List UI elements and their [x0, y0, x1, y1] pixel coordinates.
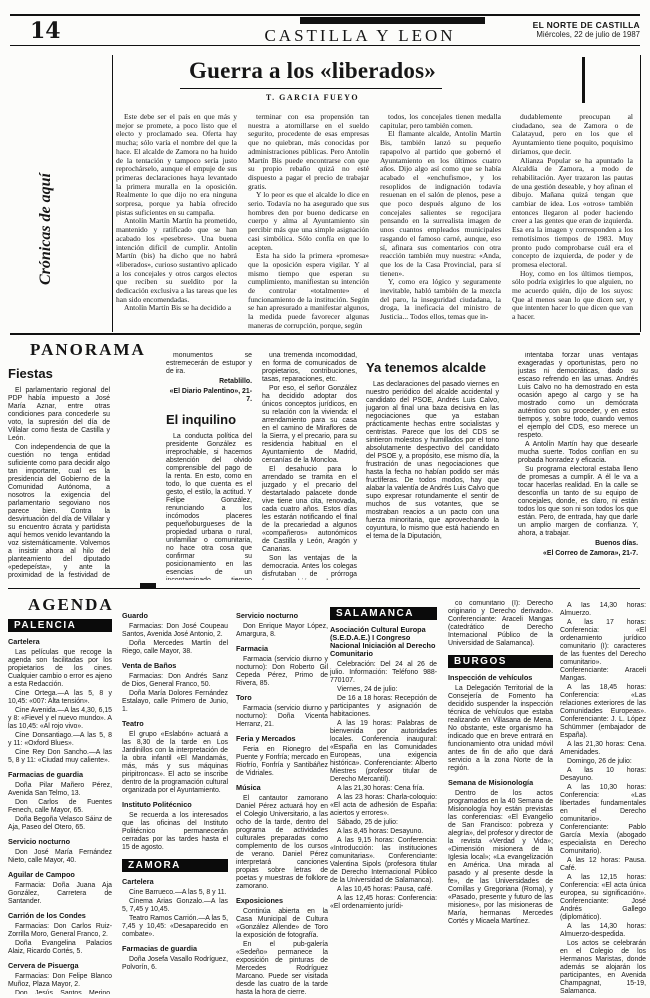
agenda-heading: Cervera de Pisuerga — [8, 962, 112, 970]
agenda-heading: Venta de Baños — [122, 662, 228, 670]
paragraph: A las 17 horas: Conferencia: «El ordenam… — [560, 619, 646, 683]
paragraph: A las 9,15 horas: Conferencia: «Introduc… — [330, 837, 437, 885]
paragraph: A las 10,30 horas: Conferencia: «Las lib… — [560, 784, 646, 856]
paragraph: Y lo peor es que el alcalde lo dice en s… — [248, 191, 369, 252]
agenda-heading: Servicio nocturno — [8, 838, 112, 846]
panorama-heading: Ya tenemos alcalde — [366, 361, 499, 375]
agenda-heading: Farmacias de guardia — [122, 945, 228, 953]
agenda-heading: Toro — [236, 694, 328, 702]
section-title-bar — [300, 17, 485, 24]
paragraph: Doña Evangelina Palacios Alaiz, Ricardo … — [8, 940, 112, 956]
paragraph: Se recuerda a los interesados que las of… — [122, 812, 228, 852]
agenda-heading: Feria y Mercados — [236, 735, 328, 743]
paragraph: El flamante alcalde, Antolín Martín Bis,… — [380, 130, 501, 278]
paragraph: A las 23 horas: Charla-coloquio: «El act… — [330, 794, 437, 818]
agenda-heading: Farmacia — [236, 645, 328, 653]
paragraph: A las 14,30 horas: Almuerzo-despedida. — [560, 923, 646, 939]
paragraph: Doña Begoña Velasco Sáinz de Aja, Paseo … — [8, 816, 112, 832]
article-column-3: todos, los concejales tienen medalla cap… — [380, 113, 501, 333]
paragraph: Farmacias: Don José Coupeau Santos, Aven… — [122, 623, 228, 639]
attribution: «El Correo de Zamora», 21-7. — [518, 550, 638, 558]
header-bottom-rule — [10, 45, 640, 46]
paragraph: Celebración: Del 24 al 26 de julio. Info… — [330, 661, 437, 685]
paragraph: El desahucio para lo arrendado se tramit… — [262, 466, 357, 554]
paragraph: Alianza Popular se ha apuntado la Alcald… — [512, 157, 633, 270]
panorama-column-4: Ya tenemos alcaldeLas declaraciones del … — [366, 352, 499, 580]
agenda-column-salamanca: SALAMANCAAsociación Cultural Europa (S.E… — [330, 600, 437, 994]
paragraph: Los actos se celebrarán en el Colegio de… — [560, 940, 646, 994]
agenda-heading: Instituto Politécnico — [122, 801, 228, 809]
paragraph: Cine Barrueco.—A las 5, 8 y 11. — [122, 889, 228, 897]
paragraph: A las 12,15 horas: Conferencia: «El acta… — [560, 874, 646, 922]
paragraph: Feria en Rionegro del Puente y Fonfría; … — [236, 746, 328, 778]
paragraph: A las 12 horas: Pausa. Café. — [560, 857, 646, 873]
agenda-heading: Carrión de los Condes — [8, 912, 112, 920]
paragraph: En el pub-galería «Sedeño» permanece la … — [236, 941, 328, 994]
panorama-column-3: una tremenda incomodidad, en forma de co… — [262, 352, 357, 580]
paragraph: Cine Ortega.—A las 5, 8 y 10,45: «007: A… — [8, 690, 112, 706]
paragraph: Su programa electoral estaba lleno de pr… — [518, 466, 638, 538]
paragraph: Dentro de los actos programados en la 40… — [448, 790, 553, 926]
article-left-rule — [112, 55, 113, 332]
paragraph: A las 10 horas: Desayuno. — [560, 767, 646, 783]
agenda-heading: Aguilar de Campoo — [8, 871, 112, 879]
attribution: «El Diario Palentino», 21-7. — [166, 388, 252, 404]
paragraph: monumentos se estremecerán de estupor y … — [166, 352, 252, 376]
paragraph: El grupo «Eslabón» actuará a las 8,30 de… — [122, 731, 228, 795]
paragraph: una tremenda incomodidad, en forma de co… — [262, 352, 357, 384]
article-column-1: Este debe ser el país en que más y mejor… — [116, 113, 237, 333]
paragraph: Por eso, el señor González ha decidido a… — [262, 385, 357, 465]
paragraph: Farmacia: Doña Juana Aja González, Carre… — [8, 882, 112, 906]
paragraph: A las 10,45 horas: Pausa, café. — [330, 886, 437, 894]
paragraph: Doña Josefa Vasallo Rodríguez, Polvorín,… — [122, 956, 228, 972]
paragraph: A las 8,45 horas: Desayuno. — [330, 828, 437, 836]
agenda-heading: Semana de Misionología — [448, 779, 553, 787]
region-header: ZAMORA — [122, 859, 228, 872]
paragraph: La Delegación Territorial de la Consejer… — [448, 685, 553, 773]
agenda-heading: Música — [236, 784, 328, 792]
attribution: Retablillo. — [166, 378, 252, 386]
newspaper-page: { "page": { "number": "14", "section_tit… — [0, 0, 650, 998]
panorama-column-5: intentaba forzar unas ventajas exagerada… — [518, 352, 638, 580]
paragraph: A las 18,45 horas: Conferencia: «Las rel… — [560, 684, 646, 740]
panorama-heading: Fiestas — [8, 367, 110, 381]
article-column-2: terminar con esa propensión tan nuestra … — [248, 113, 369, 333]
region-header: SALAMANCA — [330, 607, 437, 620]
agenda-heading: Inspección de vehículos — [448, 674, 553, 682]
paragraph: A Antolín Martín hay que desearle mucha … — [518, 441, 638, 465]
paragraph: Son las ventajas de la democracia. Antes… — [262, 555, 357, 580]
paragraph: Don Jesús Santos Merino, Plaza Mayor, 1. — [8, 990, 112, 995]
article-column-4: dudablemente preocupan al ciudadano, sea… — [512, 113, 633, 333]
paragraph: A las 14,30 horas: Almuerzo. — [560, 602, 646, 618]
agenda-column-burgos: co comunitario (I): Derecho originario y… — [448, 600, 553, 994]
agenda-column-6: A las 14,30 horas: Almuerzo.A las 17 hor… — [560, 602, 646, 994]
agenda-divider — [8, 588, 640, 589]
paragraph: Teatro Ramos Carrión.—A las 5, 7,45 y 10… — [122, 915, 228, 939]
paragraph: Sábado, 25 de julio: — [330, 819, 437, 827]
article-kicker: Crónicas de aquí — [32, 123, 60, 335]
page-number: 14 — [30, 20, 61, 42]
agenda-heading: Farmacias de guardia — [8, 771, 112, 779]
paragraph: Y, como era lógico y seguramente inevita… — [380, 278, 501, 322]
paragraph: Cinema Arias Gonzalo.—A las 5, 7,45 y 10… — [122, 898, 228, 914]
paragraph: Don José María Fernández Nieto, calle Ma… — [8, 849, 112, 865]
paragraph: Este debe ser el país en que más y mejor… — [116, 113, 237, 217]
paragraph: Las declaraciones del pasado viernes en … — [366, 381, 499, 541]
agenda-column-2: GuardoFarmacias: Don José Coupeau Santos… — [122, 606, 228, 994]
paragraph: Farmacias: Don Andrés Sanz de Dios, Gene… — [122, 673, 228, 689]
paragraph: co comunitario (I): Derecho originario y… — [448, 600, 553, 648]
paragraph: Esta ha sido la primera «promesa» que la… — [248, 252, 369, 330]
agenda-heading: Teatro — [122, 720, 228, 728]
region-header: BURGOS — [448, 655, 553, 668]
paragraph: Don Carlos de Fuentes Fenech, calle Mayo… — [8, 799, 112, 815]
panorama-title: PANORAMA — [30, 340, 146, 360]
paragraph: Cine Donsantiago.—A las 5, 8 y 11: «Oxfo… — [8, 732, 112, 748]
panorama-divider — [10, 333, 640, 335]
paragraph: Doña Mercedes Martín del Riego, calle Ma… — [122, 640, 228, 656]
article-byline: T. GARCIA FUEYO — [135, 93, 490, 102]
agenda-tick-mark — [140, 583, 156, 588]
paragraph: Farmacias: Don Felipe Blanco Muñoz, Plaz… — [8, 973, 112, 989]
agenda-heading: Asociación Cultural Europa (S.E.D.A.E.) … — [330, 626, 437, 658]
attribution: Buenos días. — [518, 540, 638, 548]
paragraph: Farmacia (servicio diurno y nocturno): D… — [236, 705, 328, 729]
region-header: PALENCIA — [8, 619, 112, 632]
panorama-heading: El inquilino — [166, 413, 252, 427]
paragraph: El parlamentario regional del PDP había … — [8, 387, 110, 443]
paragraph: Viernes, 24 de julio: — [330, 686, 437, 694]
paragraph: De 16 a 18 horas: Recepción de participa… — [330, 695, 437, 719]
paragraph: A las 12,45 horas: Conferencia: «El orde… — [330, 895, 437, 911]
paragraph: Don Enrique Mayor López, Amargura, 8. — [236, 623, 328, 639]
paragraph: Antolín Martín Bis se ha decidido a — [116, 304, 237, 313]
paragraph: dudablemente preocupan al ciudadano, sea… — [512, 113, 633, 157]
agenda-heading: Cartelera — [122, 878, 228, 886]
paragraph: Domingo, 26 de julio: — [560, 758, 646, 766]
paragraph: Las películas que recoge la agenda son f… — [8, 649, 112, 689]
article-right-rule — [640, 55, 641, 332]
paragraph: intentaba forzar unas ventajas exagerada… — [518, 352, 638, 440]
paragraph: todos, los concejales tienen medalla cap… — [380, 113, 501, 130]
section-title: CASTILLA Y LEON — [225, 26, 495, 46]
headline-rule — [180, 88, 442, 89]
panorama-column-2: monumentos se estremecerán de estupor y … — [166, 352, 252, 580]
paragraph: Hoy, como en los últimos tiempos, sólo p… — [512, 270, 633, 322]
agenda-column-3: Servicio nocturnoDon Enrique Mayor López… — [236, 606, 328, 994]
paragraph: Cine Rey Don Sancho.—A las 5, 8 y 11: «C… — [8, 749, 112, 765]
paragraph: A las 21,30 horas: Cena fría. — [330, 785, 437, 793]
agenda-heading: Cartelera — [8, 638, 112, 646]
panorama-column-1: FiestasEl parlamentario regional del PDP… — [8, 358, 110, 580]
paragraph: A las 21,30 horas: Cena. Amenidades. — [560, 741, 646, 757]
agenda-column-palencia: PALENCIACarteleraLas películas que recog… — [8, 612, 112, 994]
agenda-heading: Exposiciones — [236, 897, 328, 905]
paragraph: terminar con esa propensión tan nuestra … — [248, 113, 369, 191]
masthead: EL NORTE DE CASTILLA — [495, 20, 640, 30]
paragraph: Con independencia de que la cuestión no … — [8, 444, 110, 581]
top-rule — [10, 14, 640, 16]
paragraph: El cantautor zamorano Daniel Pérez actua… — [236, 795, 328, 891]
agenda-heading: Guardo — [122, 612, 228, 620]
paragraph: Cine Avenida.—A las 4,30, 6,15 y 8: «Fie… — [8, 707, 112, 731]
paragraph: Doña María Dolores Fernández Estalayo, c… — [122, 690, 228, 714]
agenda-heading: Servicio nocturno — [236, 612, 328, 620]
paragraph: Farmacia (servicio diurno y nocturno): D… — [236, 656, 328, 688]
paragraph: Antolín Martín Martín ha prometido, mant… — [116, 217, 237, 304]
paragraph: Farmacias: Don Carlos Ruiz-Zorrilla Moro… — [8, 923, 112, 939]
article-headline: Guerra a los «liberados» — [135, 58, 490, 84]
paragraph: Continúa abierta en la Casa Municipal de… — [236, 908, 328, 940]
article-fold-mark — [582, 57, 585, 103]
paragraph: A las 19 horas: Palabras de bienvenida p… — [330, 720, 437, 784]
edition-date: Miércoles, 22 de julio de 1987 — [495, 30, 640, 39]
paragraph: La conducta política del presidente Gonz… — [166, 433, 252, 581]
paragraph: Doña Pilar Mañero Pérez, Avenida San Tel… — [8, 782, 112, 798]
